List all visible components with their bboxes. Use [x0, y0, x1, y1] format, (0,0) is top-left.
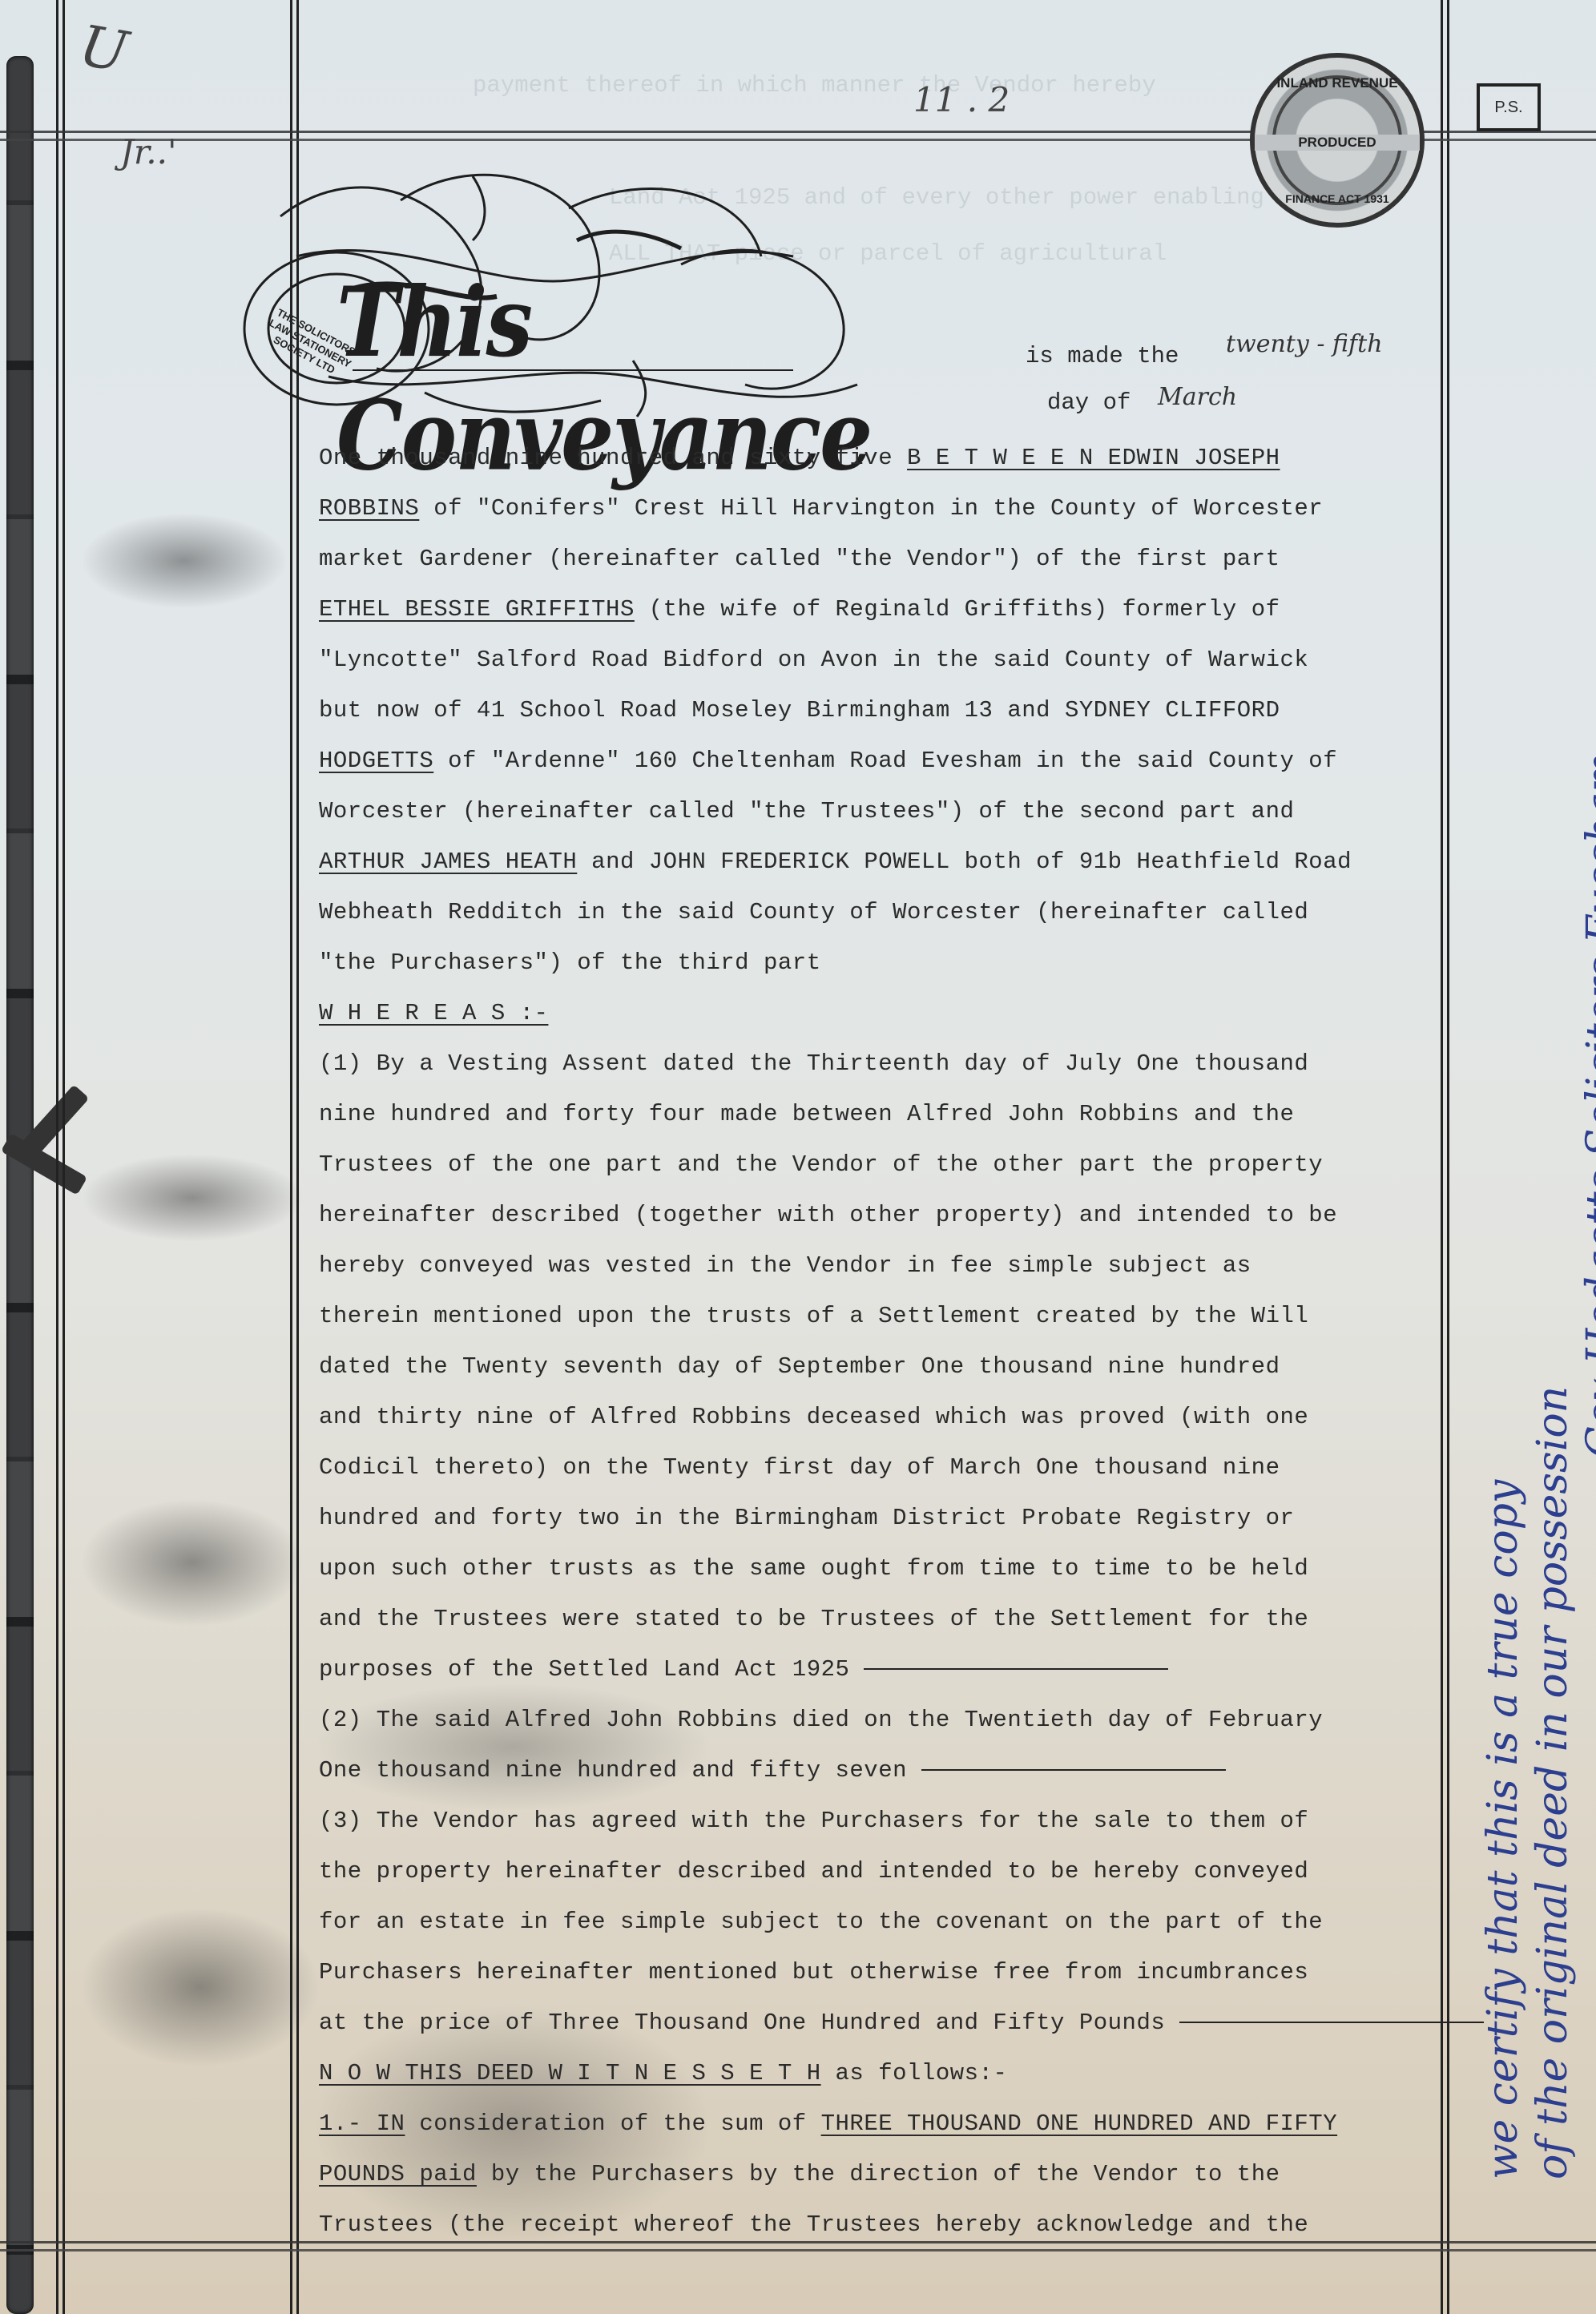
line-text: (3) The Vendor has agreed with the Purch…: [319, 1808, 1308, 1834]
line-text: nine hundred and forty four made between…: [319, 1101, 1294, 1127]
deed-line: and thirty nine of Alfred Robbins deceas…: [319, 1392, 1425, 1442]
line-text: (1) By a Vesting Assent dated the Thirte…: [319, 1050, 1308, 1077]
underlined-text: ARTHUR JAMES HEATH: [319, 849, 577, 875]
copy-smudge: [80, 1498, 304, 1627]
show-through-text: payment thereof in which manner the Vend…: [473, 72, 1156, 99]
deed-line: 1.- IN consideration of the sum of THREE…: [319, 2098, 1425, 2149]
line-text: consideration of the sum of: [405, 2110, 820, 2137]
fill-rule: [921, 1769, 1226, 1771]
deed-line: purposes of the Settled Land Act 1925: [319, 1644, 1425, 1695]
deed-line: Worcester (hereinafter called "the Trust…: [319, 786, 1425, 837]
line-text: dated the Twenty seventh day of Septembe…: [319, 1353, 1280, 1380]
line-text: of "Ardenne" 160 Cheltenham Road Evesham…: [433, 748, 1337, 774]
deed-line: One thousand nine hundred and fifty seve…: [319, 1745, 1425, 1796]
deed-line: "the Purchasers") of the third part: [319, 937, 1425, 988]
underlined-text: 1.- IN: [319, 2110, 405, 2137]
line-text: for an estate in fee simple subject to t…: [319, 1909, 1323, 1935]
deed-line: and the Trustees were stated to be Trust…: [319, 1594, 1425, 1644]
line-text: hundred and forty two in the Birmingham …: [319, 1505, 1294, 1531]
line-text: "the Purchasers") of the third part: [319, 949, 821, 976]
deed-line: HODGETTS of "Ardenne" 160 Cheltenham Roa…: [319, 736, 1425, 786]
deed-line: dated the Twenty seventh day of Septembe…: [319, 1341, 1425, 1392]
deed-line: ROBBINS of "Conifers" Crest Hill Harving…: [319, 483, 1425, 534]
fill-rule: [1179, 2022, 1484, 2023]
line-text: as follows:-: [821, 2060, 1008, 2086]
deed-line: (1) By a Vesting Assent dated the Thirte…: [319, 1038, 1425, 1089]
line-text: (2) The said Alfred John Robbins died on…: [319, 1707, 1323, 1733]
line-text: "Lyncotte" Salford Road Bidford on Avon …: [319, 647, 1308, 673]
deed-line: POUNDS paid by the Purchasers by the dir…: [319, 2149, 1425, 2199]
line-text: and JOHN FREDERICK POWELL both of 91b He…: [577, 849, 1352, 875]
line-text: upon such other trusts as the same ought…: [319, 1555, 1308, 1582]
inland-revenue-stamp: INLAND REVENUE PRODUCED FINANCE ACT 1931: [1250, 53, 1425, 228]
deed-line: Codicil thereto) on the Twenty first day…: [319, 1442, 1425, 1493]
underlined-text: HODGETTS: [319, 748, 433, 774]
deed-line: W H E R E A S :-: [319, 988, 1425, 1038]
binding-ribbon: [6, 56, 34, 2314]
deed-line: upon such other trusts as the same ought…: [319, 1543, 1425, 1594]
line-text: but now of 41 School Road Moseley Birmin…: [319, 697, 1280, 724]
handwritten-month: March: [1158, 383, 1237, 411]
deed-line: "Lyncotte" Salford Road Bidford on Avon …: [319, 635, 1425, 685]
deed-line: (3) The Vendor has agreed with the Purch…: [319, 1796, 1425, 1846]
line-text: of "Conifers" Crest Hill Harvington in t…: [419, 495, 1323, 522]
underlined-text: N O W THIS DEED W I T N E S S E T H: [319, 2060, 821, 2086]
line-text: purposes of the Settled Land Act 1925: [319, 1656, 864, 1683]
pencil-mark: U: [75, 13, 132, 86]
underlined-text: ETHEL BESSIE GRIFFITHS: [319, 596, 635, 623]
deed-heading: THE SOLICITORS LAW STATIONERY SOCIETY LT…: [232, 160, 1018, 425]
deed-line: therein mentioned upon the trusts of a S…: [319, 1291, 1425, 1341]
ps-box: P.S.: [1477, 83, 1541, 131]
line-text: at the price of Three Thousand One Hundr…: [319, 2010, 1179, 2036]
deed-line: One thousand nine hundred and sixty five…: [319, 433, 1425, 483]
deed-line: but now of 41 School Road Moseley Birmin…: [319, 685, 1425, 736]
line-text: market Gardener (hereinafter called "the…: [319, 546, 1280, 572]
deed-line: Purchasers hereinafter mentioned but oth…: [319, 1947, 1425, 1998]
line-text: (the wife of Reginald Griffiths) formerl…: [635, 596, 1280, 623]
deed-line: ETHEL BESSIE GRIFFITHS (the wife of Regi…: [319, 584, 1425, 635]
day-of-label: day of: [1047, 389, 1130, 416]
deed-line: Trustees of the one part and the Vendor …: [319, 1139, 1425, 1190]
line-text: Worcester (hereinafter called "the Trust…: [319, 798, 1294, 824]
deed-line: Webheath Redditch in the said County of …: [319, 887, 1425, 937]
deed-line: for an estate in fee simple subject to t…: [319, 1897, 1425, 1947]
line-text: Trustees (the receipt whereof the Truste…: [319, 2211, 1308, 2238]
deed-line: market Gardener (hereinafter called "the…: [319, 534, 1425, 584]
deed-line: hereby conveyed was vested in the Vendor…: [319, 1240, 1425, 1291]
line-text: by the Purchasers by the direction of th…: [477, 2161, 1280, 2187]
line-text: Codicil thereto) on the Twenty first day…: [319, 1454, 1280, 1481]
deed-body: One thousand nine hundred and sixty five…: [319, 433, 1425, 2250]
line-text: the property hereinafter described and i…: [319, 1858, 1308, 1885]
underlined-text: W H E R E A S :-: [319, 1000, 548, 1026]
line-text: hereinafter described (together with oth…: [319, 1202, 1337, 1228]
deed-line: ARTHUR JAMES HEATH and JOHN FREDERICK PO…: [319, 837, 1425, 887]
underlined-text: POUNDS paid: [319, 2161, 477, 2187]
fill-rule: [864, 1668, 1168, 1670]
line-text: therein mentioned upon the trusts of a S…: [319, 1303, 1308, 1329]
deed-line: Trustees (the receipt whereof the Truste…: [319, 2199, 1425, 2250]
pencil-folio: 11 . 2: [913, 80, 1010, 119]
pencil-initials: Jr..': [120, 132, 177, 171]
deed-line: the property hereinafter described and i…: [319, 1846, 1425, 1897]
deed-line: N O W THIS DEED W I T N E S S E T H as f…: [319, 2048, 1425, 2098]
copy-smudge: [80, 513, 288, 609]
line-text: and thirty nine of Alfred Robbins deceas…: [319, 1404, 1308, 1430]
margin-rule-right: [1441, 0, 1449, 2314]
copy-smudge: [80, 1154, 304, 1242]
line-text: One thousand nine hundred and fifty seve…: [319, 1757, 921, 1784]
deed-line: at the price of Three Thousand One Hundr…: [319, 1998, 1425, 2048]
margin-rule-left: [56, 0, 65, 2314]
underlined-text: ROBBINS: [319, 495, 419, 522]
deed-line: (2) The said Alfred John Robbins died on…: [319, 1695, 1425, 1745]
deed-line: hundred and forty two in the Birmingham …: [319, 1493, 1425, 1543]
line-text: and the Trustees were stated to be Trust…: [319, 1606, 1308, 1632]
deed-line: hereinafter described (together with oth…: [319, 1190, 1425, 1240]
certification-annotation: we certify that this is a true copy of t…: [1478, 752, 1596, 2179]
made-the-label: is made the: [1026, 343, 1179, 369]
handwritten-day: twenty - fifth: [1226, 330, 1383, 358]
line-text: Trustees of the one part and the Vendor …: [319, 1151, 1323, 1178]
line-text: hereby conveyed was vested in the Vendor…: [319, 1252, 1251, 1279]
deed-line: nine hundred and forty four made between…: [319, 1089, 1425, 1139]
underlined-text: THREE THOUSAND ONE HUNDRED AND FIFTY: [821, 2110, 1338, 2137]
line-text: Purchasers hereinafter mentioned but oth…: [319, 1959, 1308, 1985]
copy-smudge: [80, 1907, 320, 2067]
line-text: Webheath Redditch in the said County of …: [319, 899, 1308, 925]
underlined-text: B E T W E E N EDWIN JOSEPH: [907, 445, 1280, 471]
line-text: One thousand nine hundred and sixty five: [319, 445, 907, 471]
